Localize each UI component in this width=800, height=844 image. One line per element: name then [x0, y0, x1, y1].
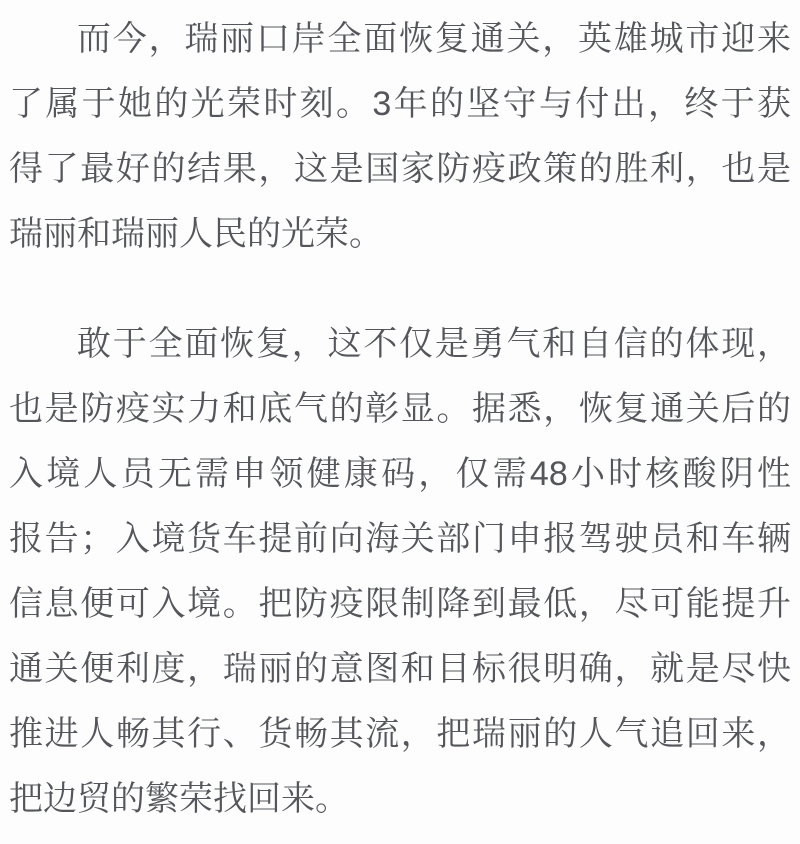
text-line: 入境人员无需申领健康码，仅需48小时核酸阴性	[9, 442, 791, 507]
text-line: 信息便可入境。把防疫限制降到最低，尽可能提升	[9, 572, 791, 637]
text-line: 通关便利度，瑞丽的意图和目标很明确，就是尽快	[9, 637, 791, 702]
text-line: 报告；入境货车提前向海关部门申报驾驶员和车辆	[9, 507, 791, 572]
text-line: 而今，瑞丽口岸全面恢复通关，英雄城市迎来	[9, 7, 791, 72]
text-line: 把边贸的繁荣找回来。	[9, 767, 791, 832]
paragraph-1: 而今，瑞丽口岸全面恢复通关，英雄城市迎来 了属于她的光荣时刻。3年的坚守与付出，…	[9, 7, 791, 267]
article-body: 而今，瑞丽口岸全面恢复通关，英雄城市迎来 了属于她的光荣时刻。3年的坚守与付出，…	[0, 0, 800, 832]
paragraph-2: 敢于全面恢复，这不仅是勇气和自信的体现， 也是防疫实力和底气的彰显。据悉，恢复通…	[9, 312, 791, 832]
text-line: 也是防疫实力和底气的彰显。据悉，恢复通关后的	[9, 377, 791, 442]
text-line: 了属于她的光荣时刻。3年的坚守与付出，终于获	[9, 72, 791, 137]
text-line: 敢于全面恢复，这不仅是勇气和自信的体现，	[9, 312, 791, 377]
text-line: 得了最好的结果，这是国家防疫政策的胜利，也是	[9, 137, 791, 202]
text-line: 推进人畅其行、货畅其流，把瑞丽的人气追回来，	[9, 702, 791, 767]
text-line: 瑞丽和瑞丽人民的光荣。	[9, 202, 791, 267]
